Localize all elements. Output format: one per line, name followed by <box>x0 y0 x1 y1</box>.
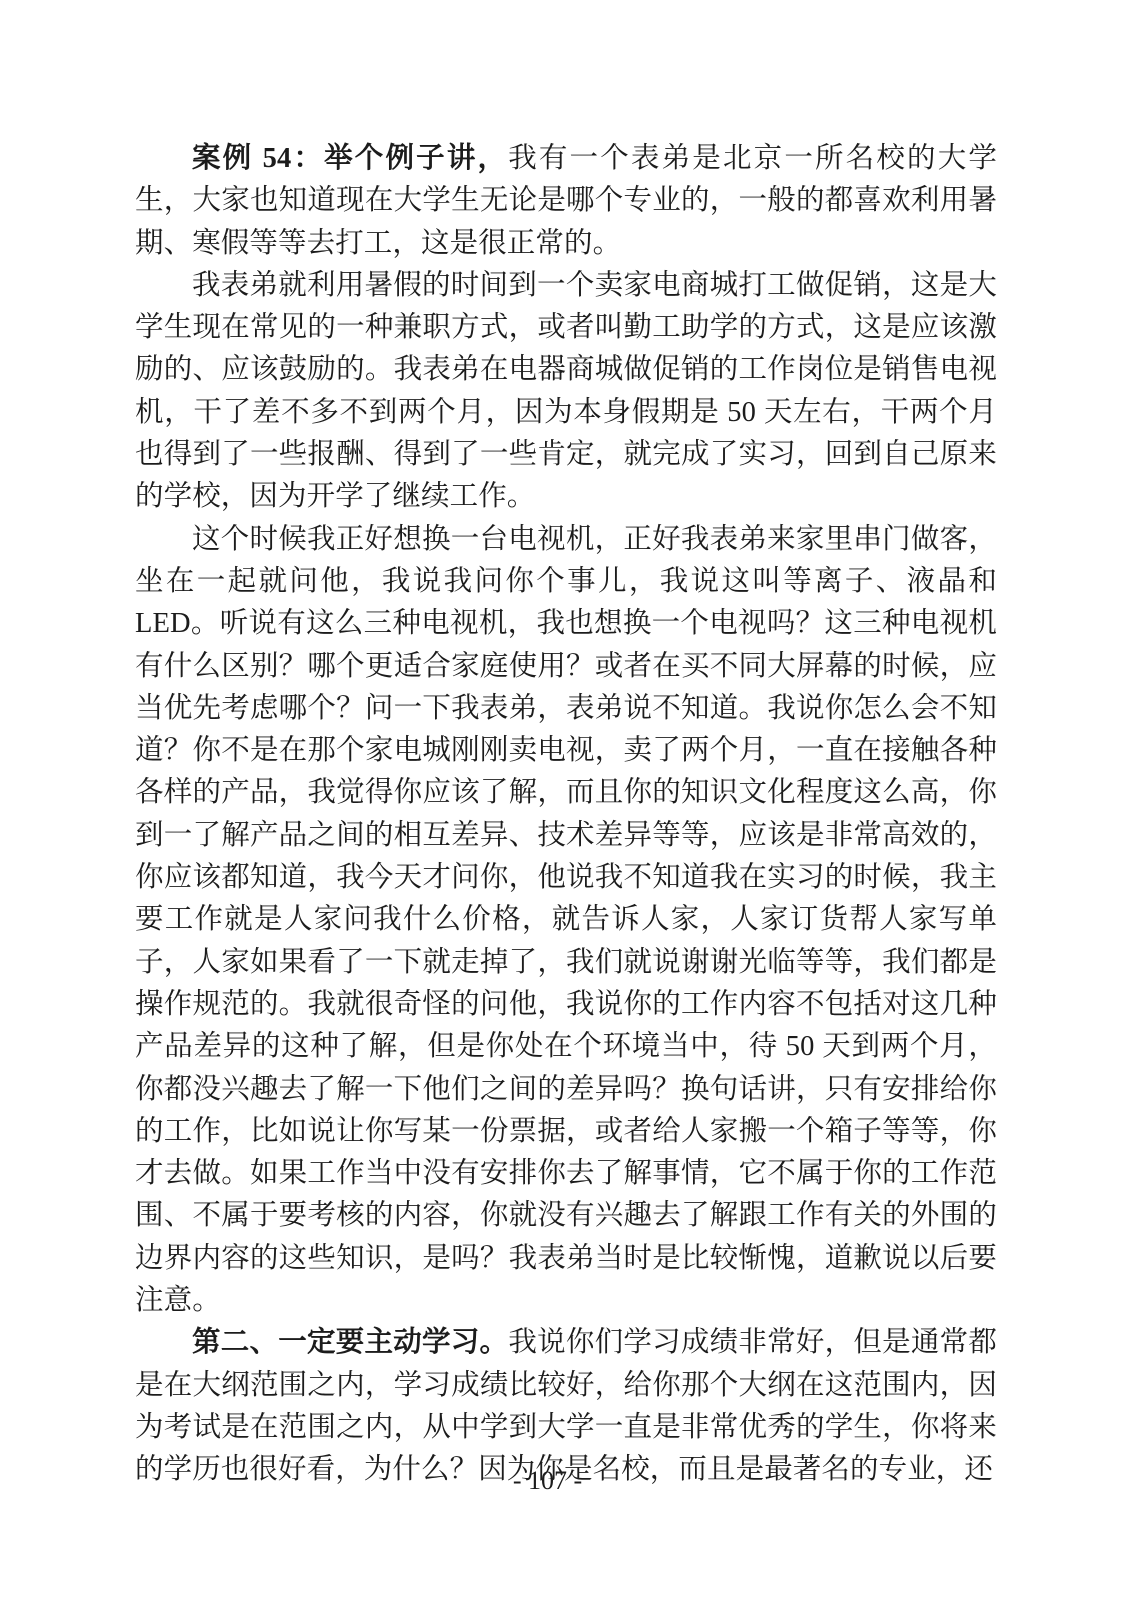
page: 案例 54：举个例子讲，我有一个表弟是北京一所名校的大学生，大家也知道现在大学生… <box>0 0 1131 1600</box>
paragraph-lead: 第二、一定要主动学习。 <box>192 1327 508 1358</box>
paragraph: 我表弟就利用暑假的时间到一个卖家电商城打工做促销，这是大学生现在常见的一种兼职方… <box>135 265 997 519</box>
paragraph: 这个时候我正好想换一台电视机，正好我表弟来家里串门做客，坐在一起就问他，我说我问… <box>135 519 997 1323</box>
paragraph-text: 这个时候我正好想换一台电视机，正好我表弟来家里串门做客，坐在一起就问他，我说我问… <box>135 524 997 1316</box>
paragraph-text: 我表弟就利用暑假的时间到一个卖家电商城打工做促销，这是大学生现在常见的一种兼职方… <box>135 270 997 512</box>
paragraph-lead: 案例 54：举个例子讲， <box>192 143 508 174</box>
text-block: 案例 54：举个例子讲，我有一个表弟是北京一所名校的大学生，大家也知道现在大学生… <box>135 138 997 1492</box>
page-number: - 107 - <box>0 1464 1095 1498</box>
paragraph: 案例 54：举个例子讲，我有一个表弟是北京一所名校的大学生，大家也知道现在大学生… <box>135 138 997 265</box>
document-page: { "document": { "paragraphs": [ { "lead"… <box>0 0 1131 1600</box>
